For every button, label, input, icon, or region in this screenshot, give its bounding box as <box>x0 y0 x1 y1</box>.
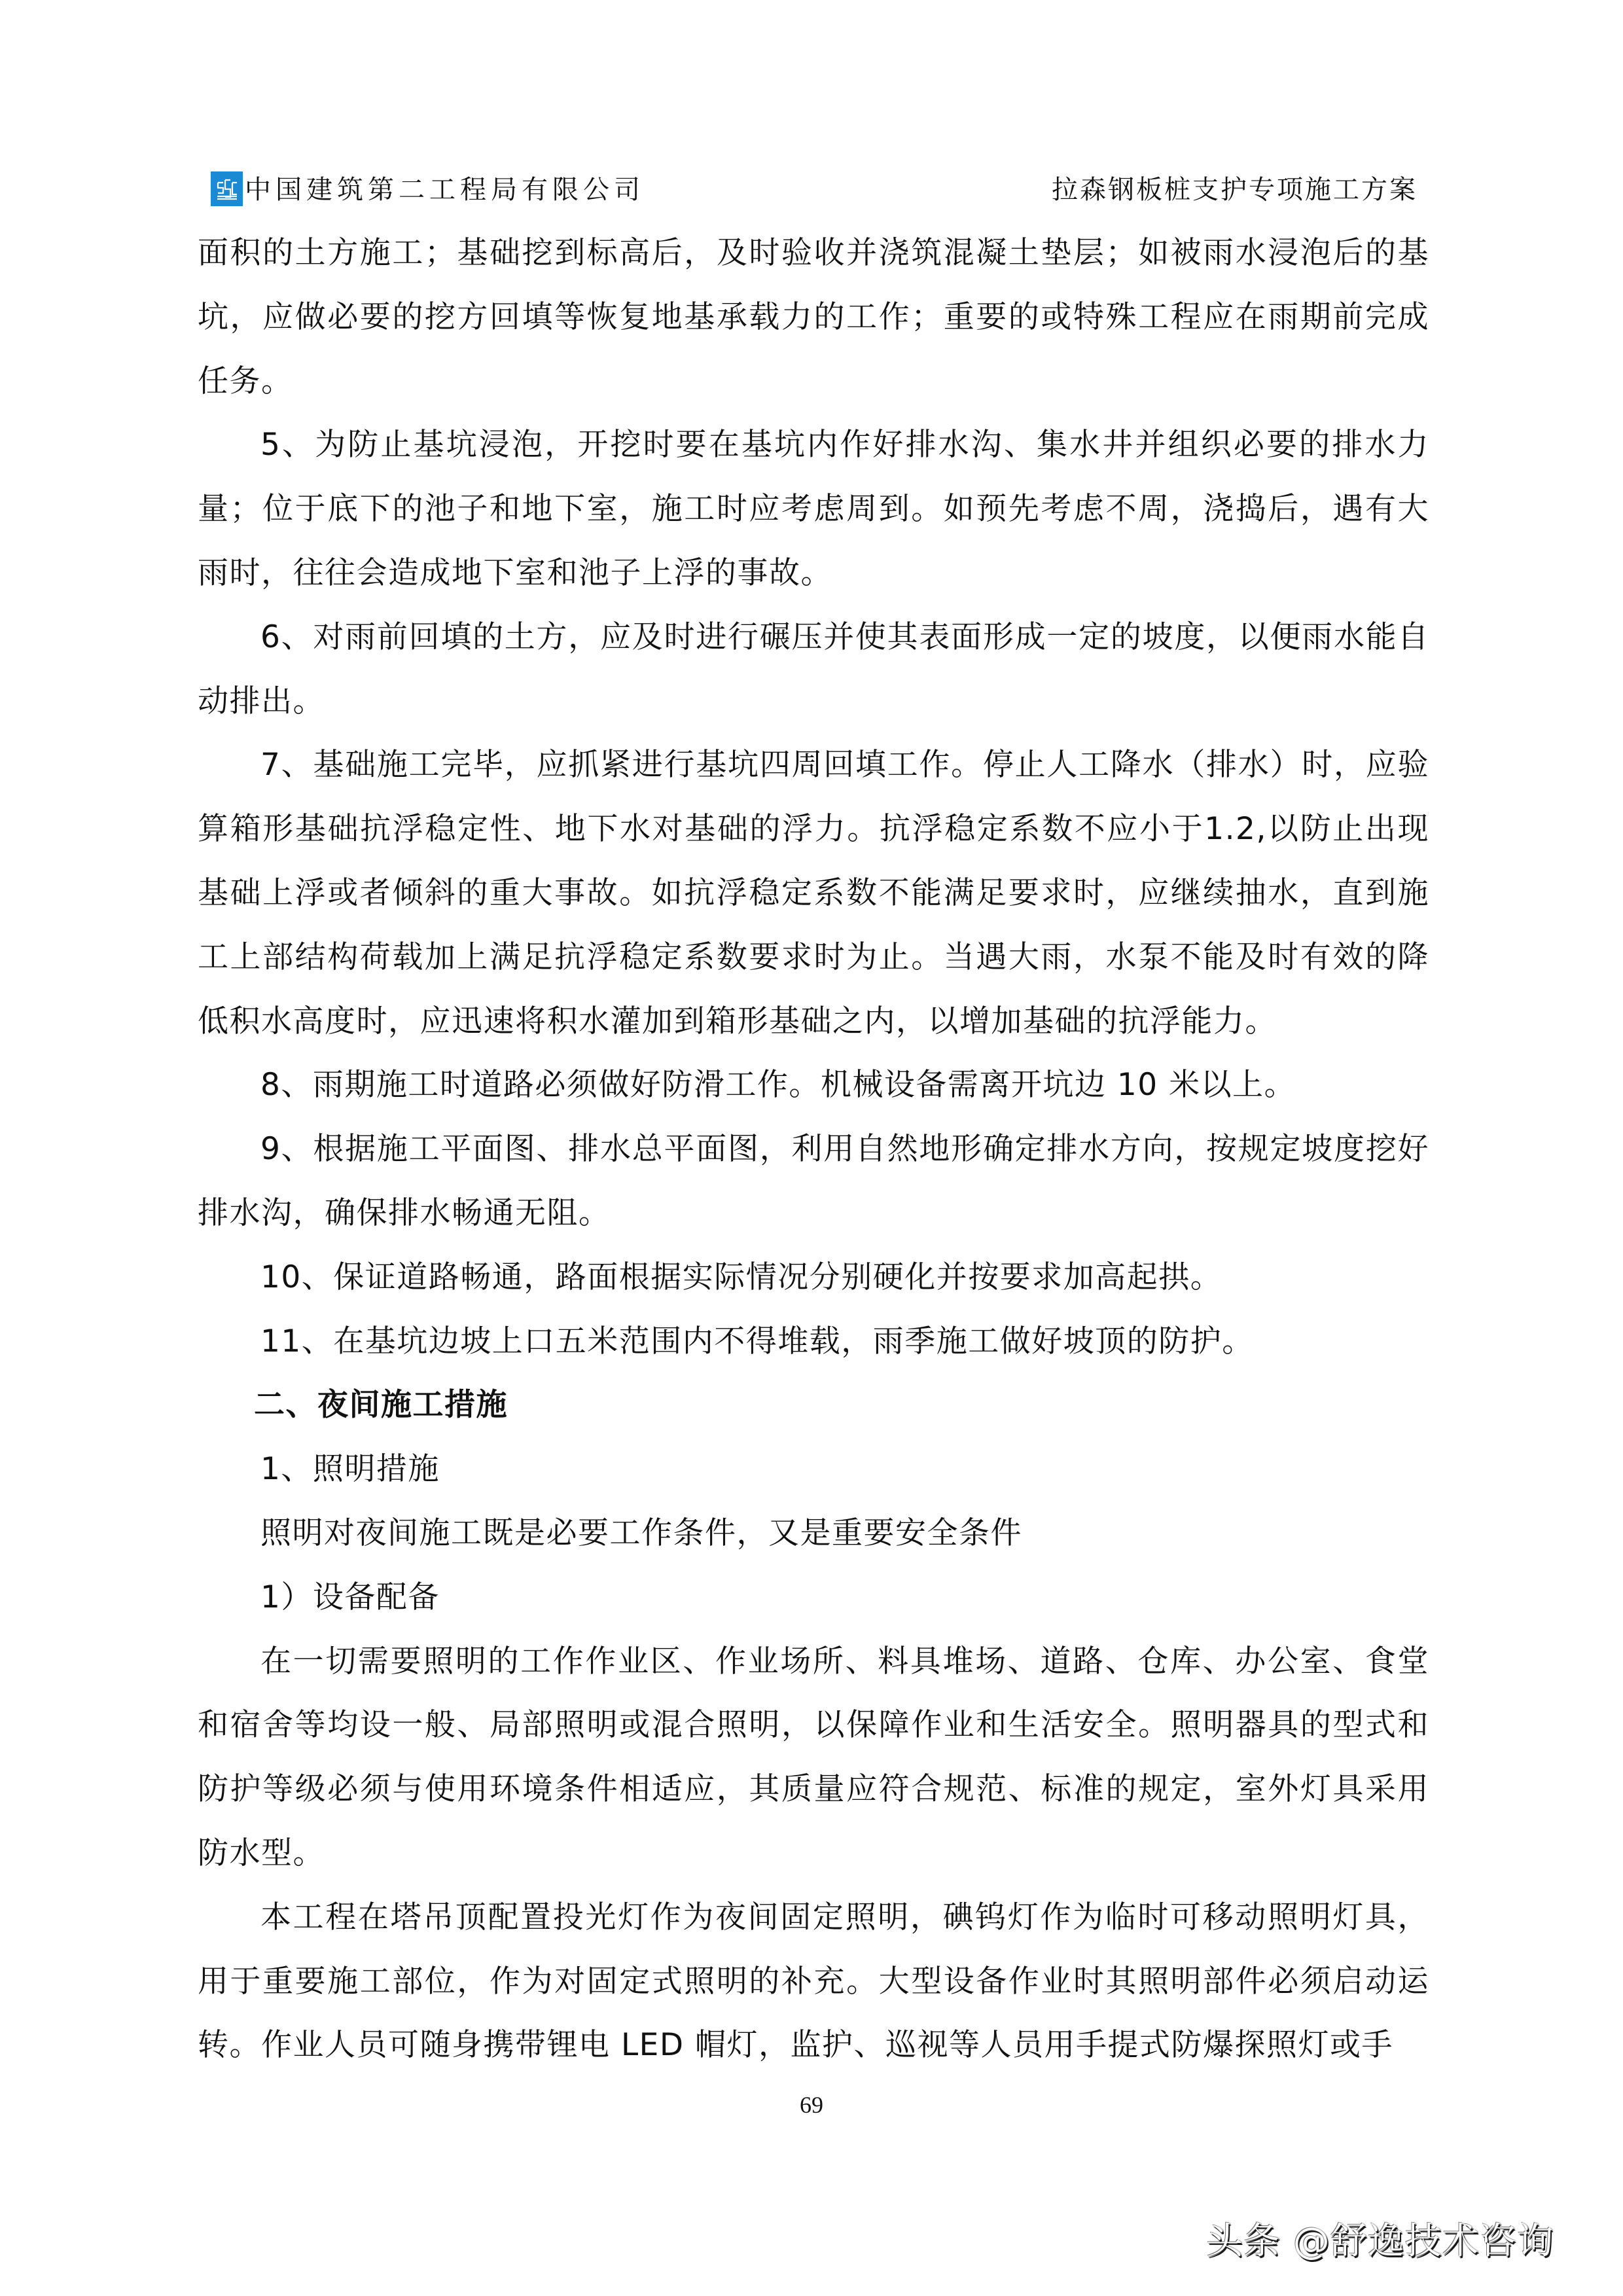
watermark: 头条 @舒逸技术咨询 <box>1206 2219 1554 2265</box>
document-body: 面积的土方施工；基础挖到标高后，及时验收并浇筑混凝土垫层；如被雨水浸泡后的基坑，… <box>198 221 1429 2077</box>
paragraph-item-8: 8、雨期施工时道路必须做好防滑工作。机械设备需离开坑边 10 米以上。 <box>198 1053 1429 1117</box>
cscec-logo-icon <box>211 171 243 206</box>
paragraph-item-6: 6、对雨前回填的土方，应及时进行碾压并使其表面形成一定的坡度，以便雨水能自动排出… <box>198 605 1429 734</box>
subsection-heading: 1、照明措施 <box>198 1437 1429 1501</box>
document-title: 拉森钢板桩支护专项施工方案 <box>1052 173 1418 207</box>
paragraph: 照明对夜间施工既是必要工作条件，又是重要安全条件 <box>198 1501 1429 1566</box>
paragraph: 面积的土方施工；基础挖到标高后，及时验收并浇筑混凝土垫层；如被雨水浸泡后的基坑，… <box>198 221 1429 413</box>
page-number: 69 <box>0 2092 1623 2118</box>
section-heading: 二、夜间施工措施 <box>198 1373 1429 1437</box>
paragraph-item-9: 9、根据施工平面图、排水总平面图，利用自然地形确定排水方向，按规定坡度挖好排水沟… <box>198 1117 1429 1246</box>
paragraph-item-10: 10、保证道路畅通，路面根据实际情况分别硬化并按要求加高起拱。 <box>198 1246 1429 1310</box>
paragraph-item-11: 11、在基坑边坡上口五米范围内不得堆载，雨季施工做好坡顶的防护。 <box>198 1310 1429 1374</box>
paragraph-item-5: 5、为防止基坑浸泡，开挖时要在基坑内作好排水沟、集水井并组织必要的排水力量；位于… <box>198 413 1429 605</box>
company-name: 中国建筑第二工程局有限公司 <box>245 173 645 207</box>
subsubsection-heading: 1）设备配备 <box>198 1566 1429 1630</box>
paragraph: 在一切需要照明的工作作业区、作业场所、料具堆场、道路、仓库、办公室、食堂和宿舍等… <box>198 1630 1429 1886</box>
paragraph-item-7: 7、基础施工完毕，应抓紧进行基坑四周回填工作。停止人工降水（排水）时，应验算箱形… <box>198 733 1429 1053</box>
page-header: 中国建筑第二工程局有限公司 拉森钢板桩支护专项施工方案 <box>211 169 1421 211</box>
paragraph: 本工程在塔吊顶配置投光灯作为夜间固定照明，碘钨灯作为临时可移动照明灯具，用于重要… <box>198 1886 1429 2077</box>
